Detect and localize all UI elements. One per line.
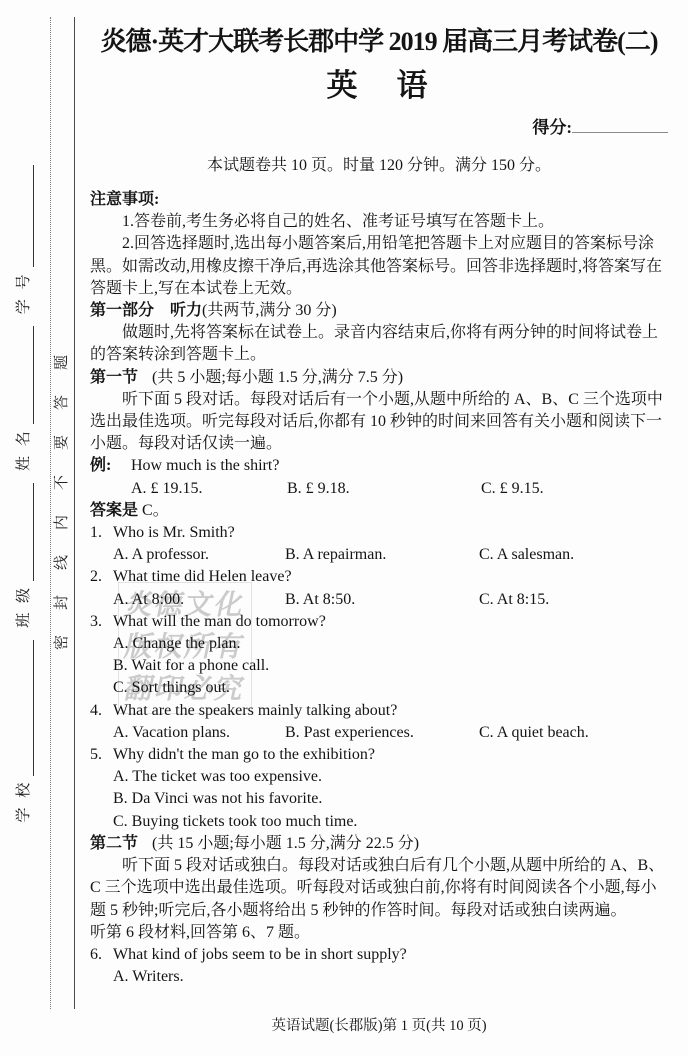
section1-intro: 听下面 5 段对话。每段对话后有一个小题,从题中所给的 A、B、C 三个选项中选… <box>90 389 668 456</box>
option-b: B. Wait for a phone call. <box>113 655 668 677</box>
title-row: 炎德·英才大联考长郡中学 2019 届高三月考试卷(二) <box>90 24 668 60</box>
part1-heading-text: 第一部分 听力 <box>90 302 202 319</box>
example-options: A. £ 19.15. B. £ 9.18. C. £ 9.15. <box>131 478 668 500</box>
option-b: B. At 8:50. <box>285 589 479 611</box>
option-a: A. At 8:00. <box>113 589 285 611</box>
answer-label: 答案是 <box>90 502 138 519</box>
question-2-options: A. At 8:00. B. At 8:50. C. At 8:15. <box>113 589 668 611</box>
option-a: A. Change the plan. <box>113 633 668 655</box>
question-text: What kind of jobs seem to be in short su… <box>113 946 407 963</box>
question-text: Who is Mr. Smith? <box>113 524 235 541</box>
name-field-line <box>19 326 34 424</box>
option-a: A. Writers. <box>113 966 668 988</box>
answer-value: C。 <box>142 502 169 519</box>
section1-heading: 第一节(共 5 小题;每小题 1.5 分,满分 7.5 分) <box>90 367 668 389</box>
binding-solid-line <box>74 17 75 1009</box>
part1-intro: 做题时,先将答案标在试卷上。录音内容结束后,你将有两分钟的时间将试卷上的答案转涂… <box>90 322 668 366</box>
section2-heading-text: 第二节 <box>90 835 138 852</box>
question-5: 5.Why didn't the man go to the exhibitio… <box>90 744 668 766</box>
notice-title: 注意事项: <box>90 189 668 211</box>
seal-line-notice: 密封线内不要答题 <box>51 325 73 655</box>
question-number: 1. <box>90 522 113 544</box>
paper-info: 本试题卷共 10 页。时量 120 分钟。满分 150 分。 <box>90 154 668 177</box>
option-b: B. Da Vinci was not his favorite. <box>113 788 668 810</box>
exam-page: 炎德·英才大联考长郡中学 2019 届高三月考试卷(二) 英 语 得分: 本试题… <box>90 24 668 988</box>
name-field-label: 姓 名 <box>14 428 34 471</box>
option-c: C. A quiet beach. <box>479 722 668 744</box>
school-field-line <box>19 640 34 776</box>
paper-body: 注意事项: 1.答卷前,考生务必将自己的姓名、准考证号填写在答题卡上。 2.回答… <box>90 189 668 988</box>
binding-info-fields: 学 校 班 级 姓 名 学 号 <box>10 120 34 880</box>
section2-heading: 第二节(共 15 小题;每小题 1.5 分,满分 22.5 分) <box>90 833 668 855</box>
question-number: 5. <box>90 744 113 766</box>
question-number: 2. <box>90 566 113 588</box>
section1-heading-text: 第一节 <box>90 369 138 386</box>
score-label: 得分: <box>532 118 572 137</box>
question-1-options: A. A professor. B. A repairman. C. A sal… <box>113 544 668 566</box>
question-4-options: A. Vacation plans. B. Past experiences. … <box>113 722 668 744</box>
option-a: A. £ 19.15. <box>131 478 287 500</box>
question-number: 4. <box>90 700 113 722</box>
option-b: B. £ 9.18. <box>287 478 481 500</box>
question-6: 6.What kind of jobs seem to be in short … <box>90 944 668 966</box>
exam-title: 炎德·英才大联考长郡中学 2019 届高三月考试卷(二) <box>101 24 658 60</box>
option-c: C. A salesman. <box>479 544 668 566</box>
example-label: 例: <box>90 455 131 477</box>
section2-heading-note: (共 15 小题;每小题 1.5 分,满分 22.5 分) <box>152 835 419 852</box>
page-footer: 英语试题(长郡版)第 1 页(共 10 页) <box>90 1016 668 1036</box>
school-field-label: 学 校 <box>14 780 34 823</box>
notice-item-1: 1.答卷前,考生务必将自己的姓名、准考证号填写在答题卡上。 <box>90 211 668 233</box>
notice-item-2: 2.回答选择题时,选出每小题答案后,用铅笔把答题卡上对应题目的答案标号涂黑。如需… <box>90 233 668 300</box>
question-2: 2.What time did Helen leave? <box>90 566 668 588</box>
question-4: 4.What are the speakers mainly talking a… <box>90 700 668 722</box>
question-text: What will the man do tomorrow? <box>113 613 326 630</box>
option-c: C. At 8:15. <box>479 589 668 611</box>
example-question: 例:How much is the shirt? <box>90 455 668 477</box>
question-3: 3.What will the man do tomorrow? <box>90 611 668 633</box>
option-a: A. Vacation plans. <box>113 722 285 744</box>
option-b: B. Past experiences. <box>285 722 479 744</box>
part1-heading-note: (共两节,满分 30 分) <box>202 302 337 319</box>
question-number: 6. <box>90 944 113 966</box>
option-b: B. A repairman. <box>285 544 479 566</box>
section2-intro: 听下面 5 段对话或独白。每段对话或独白后有几个小题,从题中所给的 A、B、C … <box>90 855 668 922</box>
question-number: 3. <box>90 611 113 633</box>
option-c: C. £ 9.15. <box>481 478 668 500</box>
option-c: C. Buying tickets took too much time. <box>113 811 668 833</box>
option-a: A. A professor. <box>113 544 285 566</box>
question-text: What time did Helen leave? <box>113 568 292 585</box>
class-field-label: 班 级 <box>14 585 34 628</box>
subject-title: 英 语 <box>90 66 668 106</box>
class-field-line <box>19 483 34 581</box>
student-id-field-line <box>19 165 34 267</box>
student-id-field-label: 学 号 <box>14 271 34 314</box>
section1-heading-note: (共 5 小题;每小题 1.5 分,满分 7.5 分) <box>152 369 403 386</box>
score-blank-line <box>572 117 668 133</box>
example-text: How much is the shirt? <box>131 457 279 474</box>
question-1: 1.Who is Mr. Smith? <box>90 522 668 544</box>
part1-heading: 第一部分 听力(共两节,满分 30 分) <box>90 300 668 322</box>
option-a: A. The ticket was too expensive. <box>113 766 668 788</box>
material-note: 听第 6 段材料,回答第 6、7 题。 <box>90 922 668 944</box>
option-c: C. Sort things out. <box>113 677 668 699</box>
score-row: 得分: <box>90 116 668 140</box>
question-text: Why didn't the man go to the exhibition? <box>113 746 375 763</box>
example-answer: 答案是 C。 <box>90 500 668 522</box>
question-text: What are the speakers mainly talking abo… <box>113 702 397 719</box>
